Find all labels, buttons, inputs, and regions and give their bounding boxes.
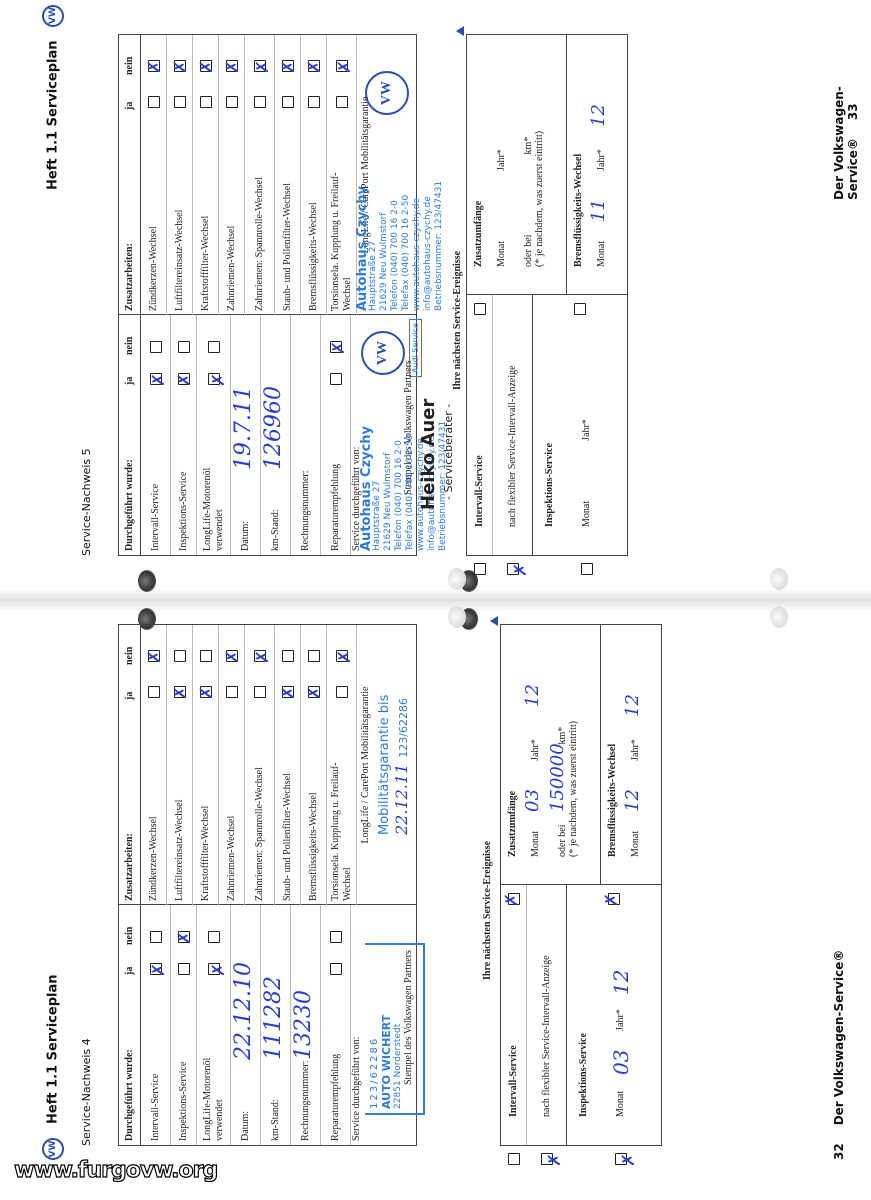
ja-checkbox[interactable] bbox=[308, 96, 320, 108]
extra-row: Kraftstofffilter-Wechsel bbox=[193, 625, 219, 905]
km-field: km-Stand:111282 bbox=[261, 905, 291, 1145]
service-record-table: Durchgeführt wurde:janeinIntervall-Servi… bbox=[118, 34, 417, 556]
invoice-number-field-value[interactable]: 13230 bbox=[289, 990, 319, 1060]
jahr-label: Jahr* bbox=[596, 149, 607, 171]
page-number: 32 bbox=[832, 1143, 846, 1160]
mobility-area: LongLife / CarePort MobilitätsgarantieMo… bbox=[357, 625, 416, 905]
extra-row: Kraftstofffilter-Wechsel bbox=[193, 35, 219, 315]
nein-checkbox[interactable] bbox=[178, 931, 190, 943]
brems-row: Bremsflüssigkeits-WechselMonat12Jahr*12 bbox=[601, 625, 659, 885]
page-32: VWHeft 1.1 ServiceplanService-Nachweis 4… bbox=[0, 600, 871, 1200]
zusatz-km-line: oder beikm* bbox=[523, 35, 534, 267]
intervall-checkbox[interactable] bbox=[508, 1153, 520, 1165]
ja-checkbox[interactable] bbox=[208, 963, 220, 975]
brems-label: Bremsflüssigkeits-Wechsel bbox=[601, 625, 618, 857]
km-field-value[interactable]: 126960 bbox=[259, 386, 289, 470]
performed-row: Intervall-Service bbox=[141, 315, 171, 555]
invoice-number-field: Rechnungsnummer:13230 bbox=[291, 905, 321, 1145]
ja-checkbox[interactable] bbox=[254, 96, 266, 108]
flex-checkbox[interactable] bbox=[541, 1153, 553, 1165]
nein-checkbox[interactable] bbox=[254, 60, 266, 72]
extra-header-label: Zusatzarbeiten: bbox=[124, 833, 135, 901]
ja-checkbox[interactable] bbox=[208, 373, 220, 385]
nein-header: nein bbox=[119, 647, 141, 665]
extra-row: Zahnriemen: Spannrolle-Wechsel bbox=[245, 35, 275, 315]
oder-bei-label: oder bei bbox=[557, 825, 568, 858]
ja-checkbox[interactable] bbox=[200, 96, 212, 108]
zusatz-row: ZusatzumfängeMonatJahr*oder beikm*(* je … bbox=[467, 35, 567, 295]
km-note: (* je nachdem, was zuerst eintritt) bbox=[568, 625, 579, 857]
extra-row: Bremsflüssigkeits-Wechsel bbox=[301, 625, 327, 905]
nein-checkbox[interactable] bbox=[178, 341, 190, 353]
ja-checkbox[interactable] bbox=[336, 686, 348, 698]
ja-checkbox[interactable] bbox=[148, 686, 160, 698]
page-footer: 32Der Volkswagen-Service® bbox=[832, 950, 846, 1160]
intervall-row: Intervall-Service bbox=[501, 885, 527, 1145]
footer-title: Der Volkswagen-Service® bbox=[832, 950, 846, 1126]
nein-header: nein bbox=[119, 337, 141, 355]
brems-row: Bremsflüssigkeits-WechselMonat11Jahr*12 bbox=[567, 35, 625, 295]
km-unit: km* bbox=[557, 727, 568, 745]
ja-checkbox[interactable] bbox=[282, 96, 294, 108]
punch-hole-shadow bbox=[448, 568, 466, 590]
page-header: VWHeft 1.1 Serviceplan bbox=[42, 975, 64, 1160]
extra-row-label: Zündkerzen-Wechsel bbox=[148, 226, 159, 311]
ja-checkbox[interactable] bbox=[150, 373, 162, 385]
service-booklet-spread: VWHeft 1.1 ServiceplanService-Nachweis 4… bbox=[0, 0, 871, 1200]
zusatz-checkbox[interactable] bbox=[474, 303, 486, 315]
inspektion-date-row: MonatJahr* bbox=[567, 295, 625, 555]
extra-row: Zündkerzen-Wechsel bbox=[141, 625, 167, 905]
extra-row: Torsionsela. Kupplung u. Freilauf-Wechse… bbox=[327, 625, 357, 905]
km-field-value[interactable]: 111282 bbox=[259, 976, 289, 1060]
performed-row: Inspektions-Service bbox=[171, 905, 197, 1145]
ja-checkbox[interactable] bbox=[226, 96, 238, 108]
flex-checkbox[interactable] bbox=[507, 563, 519, 575]
extra-work-column: Zusatzarbeiten:janeinZündkerzen-WechselL… bbox=[119, 625, 416, 905]
page-title: Heft 1.1 Serviceplan bbox=[46, 975, 61, 1124]
brems-monat[interactable]: 12 bbox=[622, 789, 643, 812]
stamp-name: AUTO WICHERT bbox=[380, 949, 393, 1109]
stamp-number: 123/62286 bbox=[369, 949, 380, 1109]
next-left: Intervall-Servicenach flexibler Service-… bbox=[501, 884, 661, 1145]
punch-hole-shadow bbox=[770, 606, 788, 628]
km-field-label: km-Stand: bbox=[270, 509, 281, 551]
advisor-role: - Serviceberater - bbox=[442, 404, 455, 500]
performed-row: LongLife-Motorenöl verwendet bbox=[197, 315, 231, 555]
intervall-label: Intervall-Service bbox=[474, 455, 485, 527]
zusatz-km-line: oder bei150000km* bbox=[557, 625, 568, 857]
inspektion-date-row: Monat03Jahr*12 bbox=[601, 885, 659, 1145]
vw-logo-icon: VW bbox=[365, 71, 409, 115]
next-events-title: Ihre nächsten Service-Ereignisse bbox=[482, 841, 493, 980]
flex-label: nach flexibler Service-Intervall-Anzeige bbox=[541, 955, 552, 1117]
performed-row: LongLife-Motorenöl verwendet bbox=[197, 905, 231, 1145]
extra-row-label: Zahnriemen-Wechsel bbox=[226, 816, 237, 901]
mobility-label: LongLife / CarePort Mobilitätsgarantie bbox=[357, 625, 371, 905]
date-field-value[interactable]: 19.7.11 bbox=[229, 386, 259, 470]
page-header: Heft 1.1 ServiceplanVW bbox=[42, 5, 64, 190]
ja-header: ja bbox=[119, 692, 141, 700]
nein-checkbox[interactable] bbox=[330, 341, 342, 353]
extra-row-label: Luftfiltereinsatz-Wechsel bbox=[174, 800, 185, 901]
monat-label: Monat bbox=[496, 241, 507, 267]
performed-row-label: Intervall-Service bbox=[150, 1074, 161, 1141]
repair-recommendation-label: Reparaturempfehlung bbox=[330, 1054, 341, 1141]
ja-checkbox[interactable] bbox=[178, 373, 190, 385]
stamp-web: www.autohaus-czychy.de bbox=[412, 181, 423, 311]
monat-label: Monat bbox=[615, 1091, 626, 1117]
km-field-label: km-Stand: bbox=[270, 1099, 281, 1141]
mobility-area: LongLife / CarePort MobilitätsgarantieAu… bbox=[357, 35, 416, 315]
punch-hole bbox=[138, 570, 156, 592]
zusatz-km[interactable]: 150000 bbox=[547, 743, 568, 812]
inspektion-label: Inspektions-Service bbox=[544, 443, 555, 527]
brems-checkbox[interactable] bbox=[608, 893, 620, 905]
punch-hole-shadow bbox=[448, 606, 466, 628]
extra-work-column: Zusatzarbeiten:janeinZündkerzen-WechselL… bbox=[119, 35, 416, 315]
invoice-number-field: Rechnungsnummer: bbox=[291, 315, 321, 555]
extra-header-label: Zusatzarbeiten: bbox=[124, 243, 135, 311]
nein-header: nein bbox=[119, 57, 141, 75]
service-by-area: Service durchgeführt von:Stempel des Vol… bbox=[351, 905, 416, 1145]
flex-row: nach flexibler Service-Intervall-Anzeige bbox=[493, 295, 533, 555]
next-right: ZusatzumfängeMonat03Jahr*12oder bei15000… bbox=[501, 625, 661, 885]
ja-checkbox[interactable] bbox=[330, 373, 342, 385]
performed-header: Durchgeführt wurde:janein bbox=[119, 315, 141, 555]
jahr-label: Jahr* bbox=[581, 419, 592, 441]
intervall-checkbox[interactable] bbox=[474, 563, 486, 575]
inspektion-checkbox[interactable] bbox=[615, 1153, 627, 1165]
ja-checkbox[interactable] bbox=[308, 686, 320, 698]
performed-column: Durchgeführt wurde:janeinIntervall-Servi… bbox=[119, 904, 416, 1145]
stamp-city: 21629 Neu Wulmstorf bbox=[383, 391, 394, 551]
page-footer: Der Volkswagen-Service®33 bbox=[832, 0, 860, 200]
extra-header: Zusatzarbeiten:janein bbox=[119, 35, 141, 315]
flex-row: nach flexibler Service-Intervall-Anzeige bbox=[527, 885, 567, 1145]
repair-recommendation-row: Reparaturempfehlung bbox=[321, 905, 351, 1145]
performed-row: Intervall-Service bbox=[141, 905, 171, 1145]
nein-checkbox[interactable] bbox=[254, 650, 266, 662]
ja-checkbox[interactable] bbox=[282, 686, 294, 698]
mobility-number: 123/62286 bbox=[397, 698, 410, 758]
monat-label: Monat bbox=[630, 831, 641, 857]
stamp-place: 22851 Norderstedt bbox=[393, 949, 403, 1109]
brems-jahr[interactable]: 12 bbox=[622, 694, 643, 717]
invoice-number-field-label: Rechnungsnummer: bbox=[300, 1060, 311, 1141]
monat-label: Monat bbox=[596, 241, 607, 267]
extra-row-label: Torsionsela. Kupplung u. Freilauf-Wechse… bbox=[330, 161, 354, 311]
repair-recommendation-label: Reparaturempfehlung bbox=[330, 464, 341, 551]
audi-service-badge: Audi Service bbox=[409, 319, 422, 377]
extra-row-label: Bremsflüssigkeits-Wechsel bbox=[308, 792, 319, 901]
nein-checkbox[interactable] bbox=[208, 341, 220, 353]
brems-label: Bremsflüssigkeits-Wechsel bbox=[567, 35, 584, 267]
stamp-fax: Telefax (040) 700 16 2-50 bbox=[401, 181, 412, 311]
km-unit: km* bbox=[523, 137, 534, 155]
performed-row-label: Inspektions-Service bbox=[178, 472, 189, 551]
nein-header: nein bbox=[119, 927, 141, 945]
extra-row-label: Luftfiltereinsatz-Wechsel bbox=[174, 210, 185, 311]
extra-row-label: Zahnriemen-Wechsel bbox=[226, 226, 237, 311]
inspektion-row: Inspektions-Service bbox=[567, 885, 601, 1145]
section-title: Service-Nachweis 4 bbox=[80, 1038, 93, 1146]
stamp-email: info@autohaus-czychy.de bbox=[423, 181, 434, 311]
extra-row: Luftfiltereinsatz-Wechsel bbox=[167, 35, 193, 315]
nein-checkbox[interactable] bbox=[336, 60, 348, 72]
ja-checkbox[interactable] bbox=[254, 686, 266, 698]
brems-date-line: Monat11Jahr*12 bbox=[596, 35, 607, 267]
dealer-stamp-duplicate: Autohaus CzychyHauptstraße 2721629 Neu W… bbox=[357, 181, 445, 311]
next-events-box: Intervall-Servicenach flexibler Service-… bbox=[500, 624, 662, 1146]
extra-row-label: Zündkerzen-Wechsel bbox=[148, 816, 159, 901]
ja-checkbox[interactable] bbox=[336, 96, 348, 108]
page-33: Heft 1.1 ServiceplanVWService-Nachweis 5… bbox=[0, 0, 871, 600]
extra-row-label: Kraftstofffilter-Wechsel bbox=[200, 806, 211, 901]
inspektion-row: Inspektions-Service bbox=[533, 295, 567, 555]
zusatz-label: Zusatzumfänge bbox=[501, 625, 518, 857]
ja-checkbox[interactable] bbox=[330, 963, 342, 975]
mobility-stamp: Mobilitätsgarantie bis22.12.11123/62286 bbox=[377, 695, 411, 835]
zusatz-row: ZusatzumfängeMonat03Jahr*12oder bei15000… bbox=[501, 625, 601, 885]
nein-checkbox[interactable] bbox=[308, 650, 320, 662]
ja-checkbox[interactable] bbox=[150, 963, 162, 975]
jahr-label: Jahr* bbox=[630, 739, 641, 761]
nein-checkbox[interactable] bbox=[308, 60, 320, 72]
advisor-name: Heiko Auer bbox=[418, 399, 439, 510]
ja-checkbox[interactable] bbox=[174, 686, 186, 698]
punch-hole-shadow bbox=[770, 568, 788, 590]
nein-checkbox[interactable] bbox=[226, 60, 238, 72]
nein-checkbox[interactable] bbox=[330, 931, 342, 943]
stamp-phone: Telefon (040) 700 16 2-0 bbox=[390, 181, 401, 311]
brems-checkbox[interactable] bbox=[574, 303, 586, 315]
date-field-label: Datum: bbox=[240, 521, 251, 551]
jahr-label: Jahr* bbox=[496, 149, 507, 171]
nein-checkbox[interactable] bbox=[208, 931, 220, 943]
nein-checkbox[interactable] bbox=[148, 650, 160, 662]
nein-checkbox[interactable] bbox=[174, 60, 186, 72]
extra-row: Zahnriemen-Wechsel bbox=[219, 625, 245, 905]
stamp-name: Autohaus Czychy bbox=[361, 391, 372, 551]
ja-checkbox[interactable] bbox=[174, 96, 186, 108]
service-by-label: Service durchgeführt von: bbox=[351, 905, 362, 1141]
continue-triangle-icon bbox=[456, 26, 464, 36]
performed-row-label: Inspektions-Service bbox=[178, 1062, 189, 1141]
stamp-betrieb: Betriebsnummer: 123/47431 bbox=[434, 181, 445, 311]
zusatz-checkbox[interactable] bbox=[508, 893, 520, 905]
page-title: Heft 1.1 Serviceplan bbox=[46, 41, 61, 190]
vw-logo-icon: VW bbox=[42, 5, 64, 27]
nein-checkbox[interactable] bbox=[174, 650, 186, 662]
invoice-number-field-label: Rechnungsnummer: bbox=[300, 470, 311, 551]
nein-checkbox[interactable] bbox=[282, 650, 294, 662]
nein-checkbox[interactable] bbox=[150, 931, 162, 943]
section-title: Service-Nachweis 5 bbox=[80, 448, 93, 556]
extra-row: Luftfiltereinsatz-Wechsel bbox=[167, 625, 193, 905]
page-number: 33 bbox=[846, 103, 860, 120]
next-events-title: Ihre nächsten Service-Ereignisse bbox=[452, 251, 463, 390]
date-field-label: Datum: bbox=[240, 1111, 251, 1141]
watermark: www.furgovw.org bbox=[14, 1158, 217, 1183]
service-record-table: Durchgeführt wurde:janeinIntervall-Servi… bbox=[118, 624, 417, 1146]
inspektion-jahr[interactable]: 12 bbox=[601, 970, 641, 995]
nein-checkbox[interactable] bbox=[150, 341, 162, 353]
date-field: Datum:22.12.10 bbox=[231, 905, 261, 1145]
stamp-fax: Telefax (040) 700 16 2-50 bbox=[405, 391, 416, 551]
monat-label: Monat bbox=[530, 831, 541, 857]
intervall-row: Intervall-Service bbox=[467, 295, 493, 555]
date-field: Datum:19.7.11 bbox=[231, 315, 261, 555]
extra-row-label: Staub- und Pollenfilter-Wechsel bbox=[282, 773, 293, 901]
ja-checkbox[interactable] bbox=[178, 963, 190, 975]
extra-row-label: Zahnriemen: Spannrolle-Wechsel bbox=[254, 751, 266, 901]
km-note: (* je nachdem, was zuerst eintritt) bbox=[534, 35, 545, 267]
inspektion-monat[interactable]: 03 bbox=[601, 1050, 641, 1075]
mobility-date[interactable]: 22.12.11 bbox=[392, 764, 411, 835]
stamp-phone: Telefon (040) 700 16 2-0 bbox=[394, 391, 405, 551]
extra-row: Zahnriemen-Wechsel bbox=[219, 35, 245, 315]
zusatz-date-line: MonatJahr* bbox=[496, 35, 507, 267]
nein-checkbox[interactable] bbox=[282, 60, 294, 72]
performed-column: Durchgeführt wurde:janeinIntervall-Servi… bbox=[119, 314, 416, 555]
performed-row-label: LongLife-Motorenöl verwendet bbox=[202, 441, 226, 551]
ja-checkbox[interactable] bbox=[148, 96, 160, 108]
brems-jahr[interactable]: 12 bbox=[588, 104, 609, 127]
ja-header: ja bbox=[119, 967, 141, 975]
performed-header: Durchgeführt wurde:janein bbox=[119, 905, 141, 1145]
stamp-name: Autohaus Czychy bbox=[357, 181, 368, 311]
brems-monat[interactable]: 11 bbox=[588, 199, 609, 222]
nein-checkbox[interactable] bbox=[148, 60, 160, 72]
monat-label: Monat bbox=[581, 501, 592, 527]
next-right: ZusatzumfängeMonatJahr*oder beikm*(* je … bbox=[467, 35, 627, 295]
next-left: Intervall-Servicenach flexibler Service-… bbox=[467, 294, 627, 555]
extra-row: Zündkerzen-Wechsel bbox=[141, 35, 167, 315]
extra-row: Torsionsela. Kupplung u. Freilauf-Wechse… bbox=[327, 35, 357, 315]
ja-header: ja bbox=[119, 377, 141, 385]
extra-row-label: Zahnriemen: Spannrolle-Wechsel bbox=[254, 161, 266, 311]
ja-header: ja bbox=[119, 102, 141, 110]
performed-header-label: Durchgeführt wurde: bbox=[124, 459, 135, 551]
next-events-box: Intervall-Servicenach flexibler Service-… bbox=[466, 34, 628, 556]
nein-checkbox[interactable] bbox=[200, 650, 212, 662]
intervall-label: Intervall-Service bbox=[508, 1045, 519, 1117]
service-by-area: Service durchgeführt von:Stempel des Vol… bbox=[351, 315, 416, 555]
date-field-value[interactable]: 22.12.10 bbox=[229, 962, 259, 1060]
km-field: km-Stand:126960 bbox=[261, 315, 291, 555]
inspektion-label: Inspektions-Service bbox=[578, 1033, 589, 1117]
zusatz-label: Zusatzumfänge bbox=[467, 35, 484, 267]
performed-row-label: Intervall-Service bbox=[150, 484, 161, 551]
extra-row: Zahnriemen: Spannrolle-Wechsel bbox=[245, 625, 275, 905]
extra-row-label: Torsionsela. Kupplung u. Freilauf-Wechse… bbox=[330, 751, 354, 901]
performed-row-label: LongLife-Motorenöl verwendet bbox=[202, 1031, 226, 1141]
ja-checkbox[interactable] bbox=[226, 686, 238, 698]
mobility-stamp-label: Mobilitätsgarantie bis bbox=[377, 695, 392, 835]
vw-logo-icon: VW bbox=[42, 1138, 64, 1160]
extra-row: Bremsflüssigkeits-Wechsel bbox=[301, 35, 327, 315]
ja-checkbox[interactable] bbox=[200, 686, 212, 698]
brems-date-line: Monat12Jahr*12 bbox=[630, 625, 641, 857]
nein-checkbox[interactable] bbox=[226, 650, 238, 662]
nein-checkbox[interactable] bbox=[200, 60, 212, 72]
oder-bei-label: oder bei bbox=[523, 235, 534, 268]
extra-row: Staub- und Pollenfilter-Wechsel bbox=[275, 35, 301, 315]
nein-checkbox[interactable] bbox=[336, 650, 348, 662]
zusatz-date-line: Monat03Jahr*12 bbox=[530, 625, 541, 857]
performed-header-label: Durchgeführt wurde: bbox=[124, 1049, 135, 1141]
continue-triangle-icon bbox=[490, 616, 498, 626]
zusatz-monat[interactable]: 03 bbox=[522, 789, 543, 812]
extra-header: Zusatzarbeiten:janein bbox=[119, 625, 141, 905]
extra-row-label: Staub- und Pollenfilter-Wechsel bbox=[282, 183, 293, 311]
extra-row-label: Bremsflüssigkeits-Wechsel bbox=[308, 202, 319, 311]
extra-row: Staub- und Pollenfilter-Wechsel bbox=[275, 625, 301, 905]
flex-label: nach flexibler Service-Intervall-Anzeige bbox=[507, 365, 518, 527]
vw-logo-icon: VW bbox=[361, 331, 405, 375]
zusatz-jahr[interactable]: 12 bbox=[522, 684, 543, 707]
jahr-label: Jahr* bbox=[530, 739, 541, 761]
stamp-city: 21629 Neu Wulmstorf bbox=[379, 181, 390, 311]
jahr-label: Jahr* bbox=[615, 1009, 626, 1031]
repair-recommendation-row: Reparaturempfehlung bbox=[321, 315, 351, 555]
inspektion-checkbox[interactable] bbox=[581, 563, 593, 575]
performed-row: Inspektions-Service bbox=[171, 315, 197, 555]
dealer-stamp: 123/62286AUTO WICHERT22851 Norderstedt bbox=[365, 943, 425, 1115]
extra-row-label: Kraftstofffilter-Wechsel bbox=[200, 216, 211, 311]
mobility-stamp-line: 22.12.11123/62286 bbox=[392, 695, 411, 835]
